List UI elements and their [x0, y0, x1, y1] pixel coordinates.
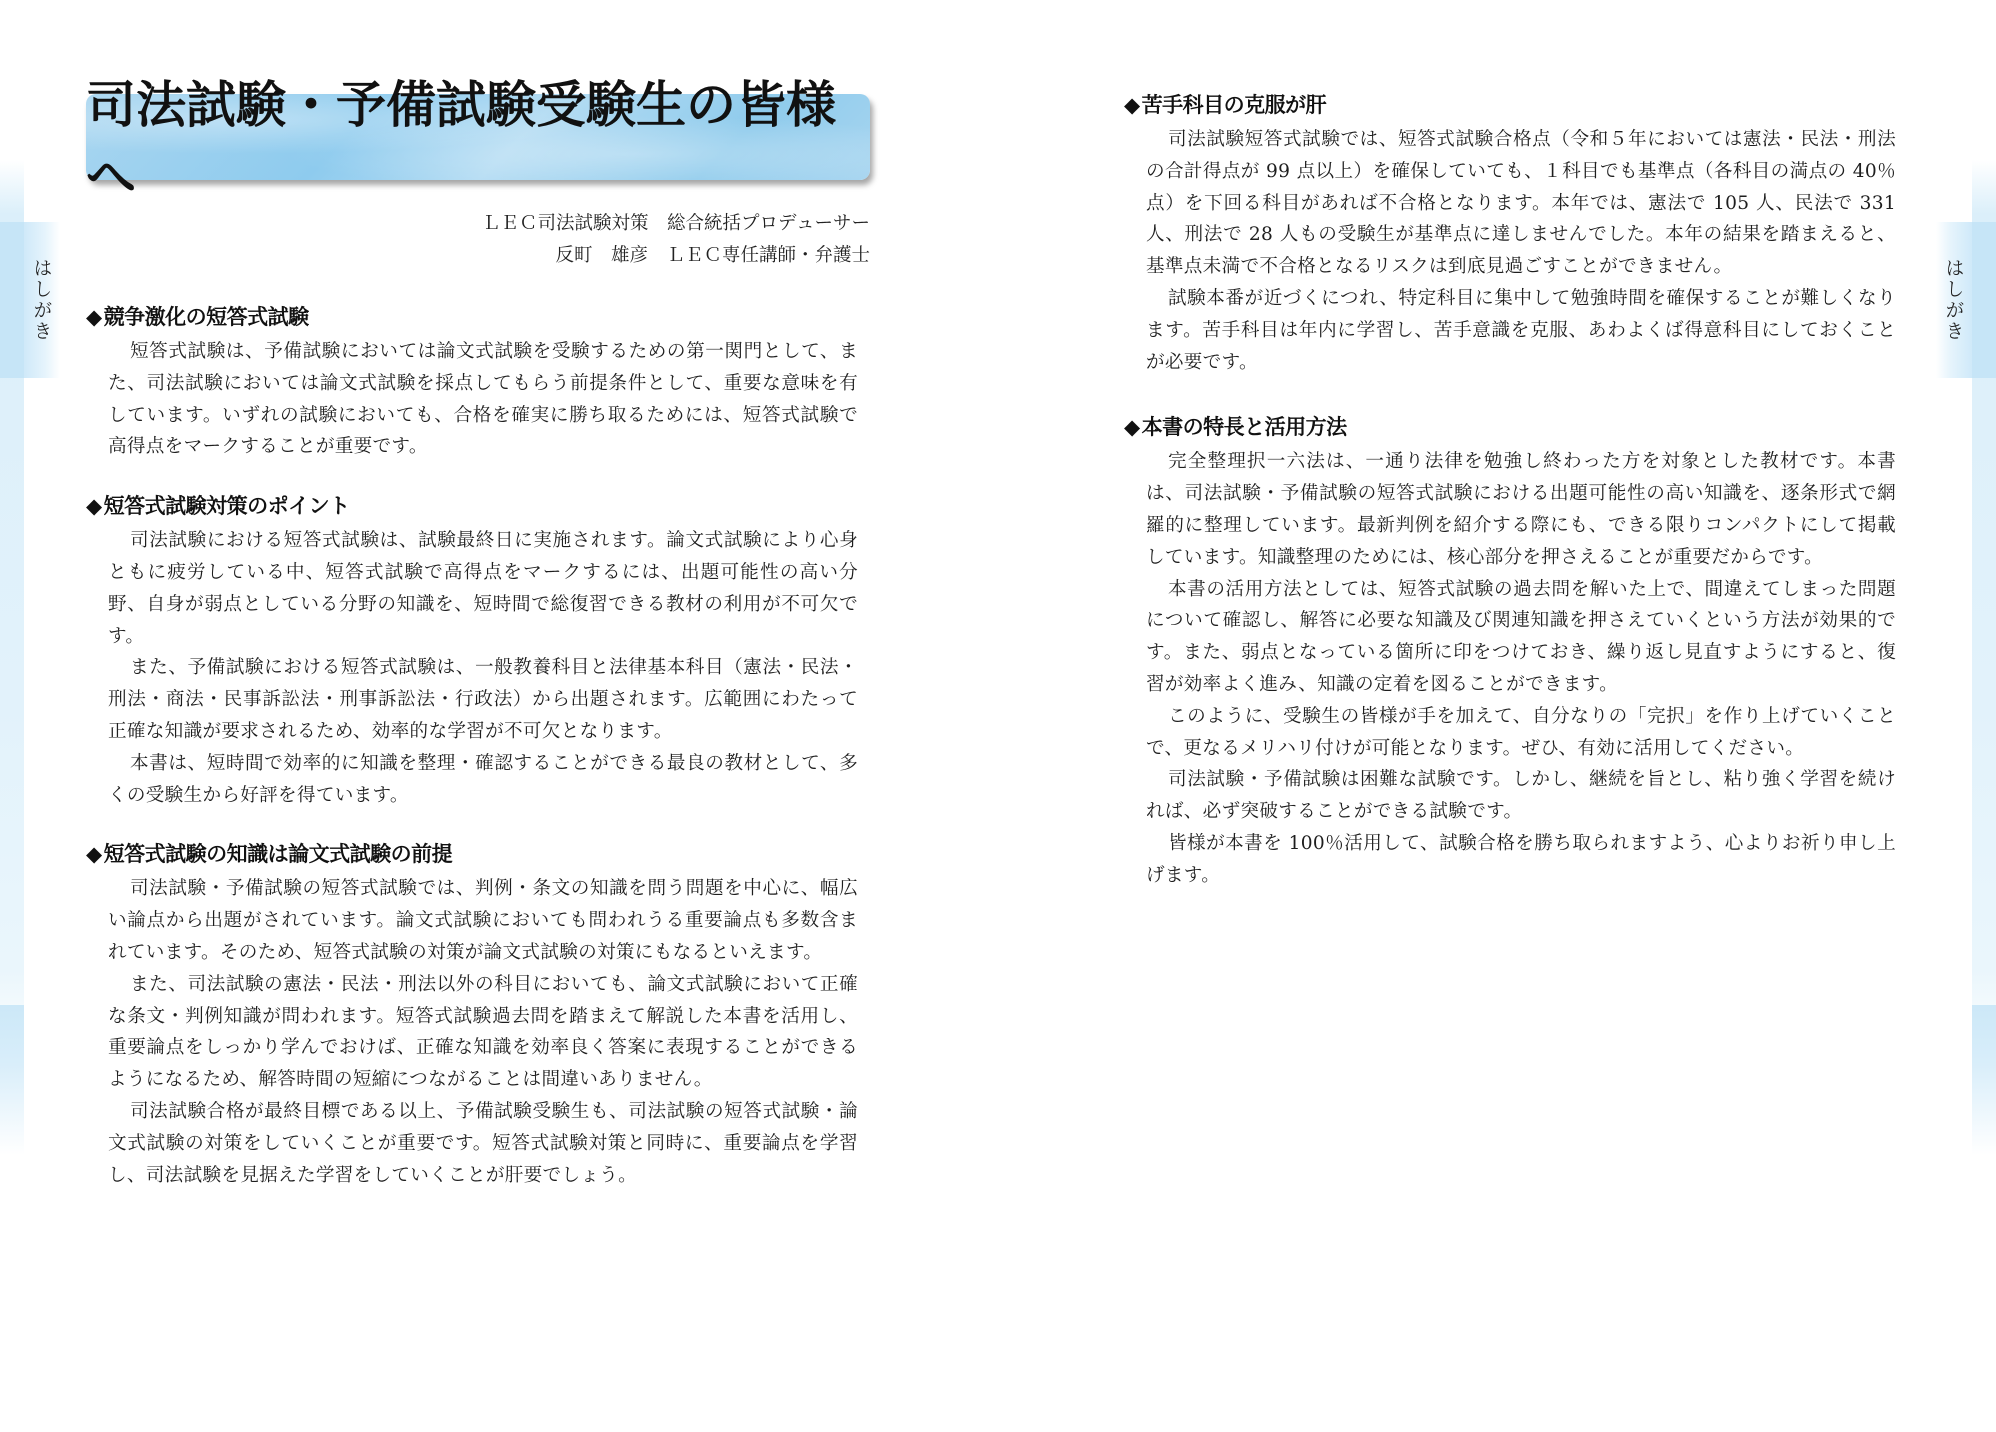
paragraph: 完全整理択一六法は、一通り法律を勉強し終わった方を対象とした教材です。本書は、司… — [1126, 446, 1896, 573]
left-column: ◆競争激化の短答式試験 短答式試験は、予備試験においては論文式試験を受験するため… — [88, 302, 858, 1219]
diamond-bullet-icon: ◆ — [86, 839, 102, 869]
paragraph: 司法試験合格が最終目標である以上、予備試験受験生も、司法試験の短答式試験・論文式… — [88, 1096, 858, 1191]
paragraph: 試験本番が近づくにつれ、特定科目に集中して勉強時間を確保することが難しくなります… — [1126, 283, 1896, 378]
paragraph: 短答式試験は、予備試験においては論文式試験を受験するための第一関門として、また、… — [88, 336, 858, 463]
section-heading-text: 競争激化の短答式試験 — [104, 305, 309, 329]
diamond-bullet-icon: ◆ — [1124, 412, 1140, 442]
paragraph: 皆様が本書を 100％活用して、試験合格を勝ち取られますよう、心よりお祈り申し上… — [1126, 828, 1896, 892]
chapter-tab-right[interactable]: はしがき — [1936, 222, 1972, 378]
paragraph: 本書は、短時間で効率的に知識を整理・確認することができる最良の教材として、多くの… — [88, 748, 858, 812]
byline-name: 反町 雄彦 ＬＥＣ専任講師・弁護士 — [482, 240, 870, 272]
section-premise: ◆短答式試験の知識は論文式試験の前提 司法試験・予備試験の短答式試験では、判例・… — [88, 839, 858, 1191]
left-tab-extension — [0, 222, 24, 378]
left-edge-band — [0, 1005, 24, 1155]
section-competition: ◆競争激化の短答式試験 短答式試験は、予備試験においては論文式試験を受験するため… — [88, 302, 858, 463]
section-heading: ◆本書の特長と活用方法 — [1124, 412, 1896, 442]
section-features: ◆本書の特長と活用方法 完全整理択一六法は、一通り法律を勉強し終わった方を対象と… — [1126, 412, 1896, 891]
paragraph: 司法試験における短答式試験は、試験最終日に実施されます。論文式試験により心身とも… — [88, 525, 858, 652]
right-edge-band — [1972, 1005, 1996, 1155]
paragraph: 司法試験・予備試験は困難な試験です。しかし、継続を旨とし、粘り強く学習を続ければ… — [1126, 764, 1896, 828]
paragraph: また、司法試験の憲法・民法・刑法以外の科目においても、論文式試験において正確な条… — [88, 969, 858, 1096]
byline-role: ＬＥＣ司法試験対策 総合統括プロデューサー — [482, 208, 870, 240]
title-banner: 司法試験・予備試験受験生の皆様へ — [86, 94, 870, 180]
right-tab-extension — [1972, 222, 1996, 378]
section-points: ◆短答式試験対策のポイント 司法試験における短答式試験は、試験最終日に実施されま… — [88, 491, 858, 811]
paragraph: 本書の活用方法としては、短答式試験の過去問を解いた上で、間違えてしまった問題につ… — [1126, 574, 1896, 701]
paragraph: また、予備試験における短答式試験は、一般教養科目と法律基本科目（憲法・民法・刑法… — [88, 652, 858, 747]
section-heading: ◆苦手科目の克服が肝 — [1124, 90, 1896, 120]
right-column: ◆苦手科目の克服が肝 司法試験短答式試験では、短答式試験合格点（令和５年において… — [1126, 90, 1896, 920]
page-title: 司法試験・予備試験受験生の皆様へ — [86, 65, 870, 209]
section-heading: ◆短答式試験の知識は論文式試験の前提 — [86, 839, 858, 869]
section-heading: ◆競争激化の短答式試験 — [86, 302, 858, 332]
paragraph: 司法試験・予備試験の短答式試験では、判例・条文の知識を問う問題を中心に、幅広い論… — [88, 873, 858, 968]
section-heading: ◆短答式試験対策のポイント — [86, 491, 858, 521]
section-heading-text: 短答式試験対策のポイント — [104, 494, 350, 518]
section-heading-text: 苦手科目の克服が肝 — [1142, 93, 1327, 117]
paragraph: このように、受験生の皆様が手を加えて、自分なりの「完択」を作り上げていくことで、… — [1126, 701, 1896, 765]
diamond-bullet-icon: ◆ — [86, 302, 102, 332]
paragraph: 司法試験短答式試験では、短答式試験合格点（令和５年においては憲法・民法・刑法の合… — [1126, 124, 1896, 283]
chapter-tab-label: はしがき — [1941, 258, 1968, 342]
author-byline: ＬＥＣ司法試験対策 総合統括プロデューサー 反町 雄彦 ＬＥＣ専任講師・弁護士 — [482, 208, 870, 272]
section-heading-text: 短答式試験の知識は論文式試験の前提 — [104, 842, 453, 866]
diamond-bullet-icon: ◆ — [1124, 90, 1140, 120]
section-weak-subjects: ◆苦手科目の克服が肝 司法試験短答式試験では、短答式試験合格点（令和５年において… — [1126, 90, 1896, 378]
chapter-tab-left[interactable]: はしがき — [24, 222, 60, 378]
diamond-bullet-icon: ◆ — [86, 491, 102, 521]
chapter-tab-label: はしがき — [29, 258, 56, 342]
section-heading-text: 本書の特長と活用方法 — [1142, 415, 1347, 439]
